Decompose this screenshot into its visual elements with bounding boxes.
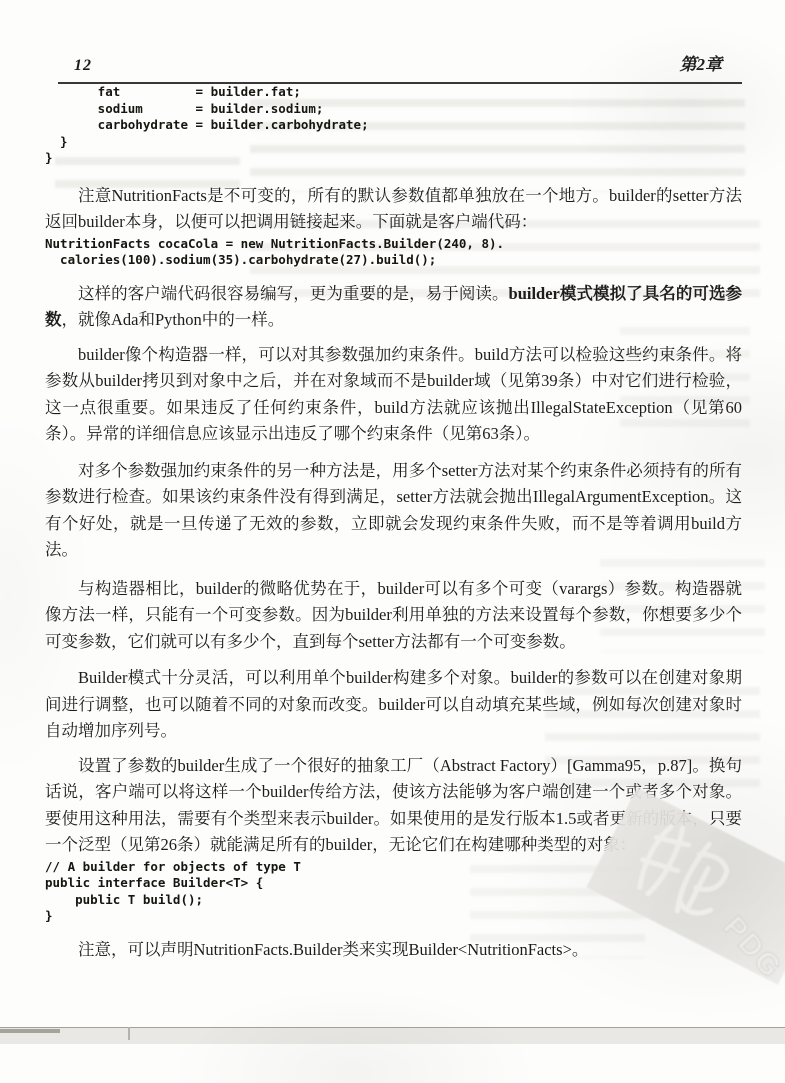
paragraph-varargs-advantage: 与构造器相比，builder的微略优势在于，builder可以有多个可变（var… (45, 576, 742, 656)
watermark-pdg-label: PDG (716, 910, 785, 986)
page-bottom-edge-dash (0, 1029, 60, 1033)
chapter-title: 第2章 (680, 50, 743, 75)
code-block-constructor-assignments: fat = builder.fat; sodium = builder.sodi… (45, 84, 742, 167)
scanned-book-page: 12 第2章 fat = builder.fat; sodium = build… (0, 0, 785, 1083)
paragraph-implement-note: 注意，可以声明NutritionFacts.Builder类来实现Builder… (45, 937, 742, 964)
page-bottom-edge-tick (128, 1027, 130, 1040)
paragraph-builder-flexibility: Builder模式十分灵活，可以利用单个builder构建多个对象。builde… (45, 665, 742, 745)
code-block-client-code: NutritionFacts cocaCola = new NutritionF… (45, 236, 742, 269)
page-header: 12 第2章 (58, 50, 742, 84)
paragraph-text-run: ，就像Ada和Python中的一样。 (62, 310, 285, 329)
page-bottom-edge-band (0, 1028, 785, 1044)
paragraph-readability: 这样的客户端代码很容易编写，更为重要的是，易于阅读。builder模式模拟了具名… (45, 281, 742, 334)
paragraph-constraints: builder像个构造器一样，可以对其参数强加约束条件。build方法可以检验这… (45, 342, 742, 448)
paragraph-immutable-note: 注意NutritionFacts是不可变的，所有的默认参数值都单独放在一个地方。… (45, 183, 742, 236)
paragraph-text-run: 这样的客户端代码很容易编写，更为重要的是，易于阅读。 (78, 284, 509, 303)
page-number: 12 (58, 57, 92, 75)
paragraph-setter-checks: 对多个参数强加约束条件的另一种方法是，用多个setter方法对某个约束条件必须持… (45, 458, 742, 564)
